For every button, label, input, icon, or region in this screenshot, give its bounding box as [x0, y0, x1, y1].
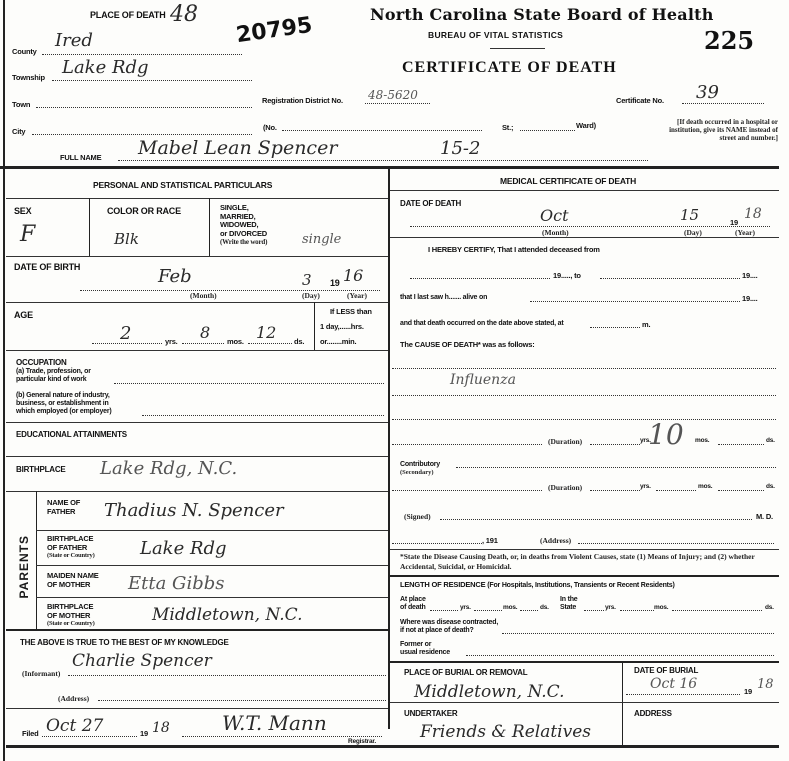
filed-year[interactable]: 18: [152, 720, 170, 736]
at-place-mos-line: [474, 610, 502, 611]
race-value[interactable]: Blk: [114, 230, 139, 248]
certificate-no-line: [682, 103, 764, 104]
rule: [209, 198, 210, 256]
age-months[interactable]: 8: [200, 323, 210, 342]
informant-line: [68, 675, 386, 676]
occupation-b-label: (b) General nature of industry, business…: [16, 392, 112, 416]
rule: [89, 198, 90, 256]
burial-place-label: PLACE OF BURIAL OR REMOVAL: [404, 668, 527, 677]
rule: [390, 190, 779, 191]
occurred-m-label: m.: [642, 320, 650, 329]
certificate-no-label: Certificate No.: [616, 96, 664, 105]
dod-month[interactable]: Oct: [540, 206, 569, 225]
duration-mos-2: mos.: [698, 483, 712, 490]
ward-label: Ward): [576, 121, 596, 130]
duration-ds-1: ds.: [766, 437, 775, 444]
undertaker-label: UNDERTAKER: [404, 709, 457, 718]
informant-label: (Informant): [22, 669, 60, 678]
former-residence-label: Former or usual residence: [400, 641, 450, 657]
in-state-ds: ds.: [765, 604, 774, 611]
father-name-label: NAME OF FATHER: [47, 499, 80, 516]
last-saw-year: 19....: [742, 294, 758, 303]
attended-from-to: 19....., to: [553, 271, 581, 280]
rule: [36, 597, 388, 598]
attended-to-year: 19....: [742, 271, 758, 280]
secondary-label: (Secondary): [400, 469, 434, 476]
registration-district-value[interactable]: 48-5620: [368, 88, 418, 102]
burial-place-value[interactable]: Middletown, N.C.: [414, 682, 564, 702]
former-residence-line: [466, 655, 774, 656]
dob-month-hint: (Month): [190, 291, 217, 300]
registrar-value[interactable]: W.T. Mann: [222, 711, 327, 735]
residence-label: LENGTH OF RESIDENCE (For Hospitals, Inst…: [400, 580, 675, 589]
rule: [314, 302, 315, 350]
township-label: Township: [12, 73, 45, 82]
rule: [390, 237, 779, 238]
mother-birthplace-value[interactable]: Middletown, N.C.: [152, 605, 302, 625]
rule: [6, 456, 388, 457]
dod-year-prefix: 19: [730, 218, 738, 227]
attended-to-line: [600, 278, 740, 279]
dob-year-prefix: 19: [330, 278, 340, 288]
duration-ds-line-2: [718, 490, 764, 491]
dob-year[interactable]: 16: [343, 266, 363, 285]
mother-name-value[interactable]: Etta Gibbs: [128, 573, 224, 594]
at-place-ds: ds.: [540, 604, 549, 611]
filed-year-prefix: 19: [140, 729, 148, 738]
at-place-ds-line: [520, 610, 538, 611]
registrar-line: [182, 736, 382, 737]
rule: [6, 302, 388, 303]
duration-value[interactable]: 10: [648, 418, 684, 451]
stamp-number: 20795: [235, 13, 314, 48]
occupation-a-label: (a) Trade, profession, or particular kin…: [16, 368, 91, 384]
contributory-line: [456, 467, 776, 468]
signed-label: (Signed): [404, 512, 431, 521]
at-place-mos: mos.: [503, 604, 517, 611]
burial-date-label: DATE OF BURIAL: [634, 666, 698, 675]
signed-date-line: [392, 543, 482, 544]
mother-name-label: MAIDEN NAME OF MOTHER: [47, 572, 99, 589]
marital-label: SINGLE, MARRIED, WIDOWED, or DIVORCED (W…: [220, 204, 267, 247]
rule: [6, 256, 388, 257]
in-state-yrs: yrs.: [605, 604, 616, 611]
dob-line: [80, 290, 380, 291]
undertaker-value[interactable]: Friends & Relatives: [420, 722, 591, 742]
footnote: *State the Disease Causing Death, or, in…: [400, 552, 775, 571]
age-ds-label: ds.: [294, 337, 304, 346]
md-label: M. D.: [756, 512, 773, 521]
father-birthplace-value[interactable]: Lake Rdg: [140, 538, 227, 559]
day-hrs-label: 1 day,......hrs.: [320, 322, 364, 331]
last-saw-line: [530, 301, 740, 302]
contracted-label: Where was disease contracted, if not at …: [400, 619, 498, 635]
rule: [6, 708, 388, 709]
county-value[interactable]: Ired: [55, 30, 93, 51]
dob-day[interactable]: 3: [302, 271, 312, 289]
dob-year-hint: (Year): [347, 291, 367, 300]
hospital-note: [If death occurred in a hospital or inst…: [660, 118, 778, 142]
race-label: COLOR OR RACE: [107, 206, 181, 216]
age-yrs-label: yrs.: [165, 337, 178, 346]
signed-year: , 191: [482, 536, 498, 545]
sex-value[interactable]: F: [20, 222, 35, 247]
rule: [6, 422, 388, 423]
in-state-label: In the State: [560, 596, 577, 612]
rule: [36, 530, 388, 531]
duration-yrs-line-1: [590, 444, 640, 445]
duration-label-1: (Duration): [548, 437, 582, 446]
page-number: 225: [704, 26, 754, 55]
duration-mos-line-2: [656, 490, 696, 491]
occupation-b-line: [142, 415, 384, 416]
burial-date-value[interactable]: Oct 16: [650, 676, 697, 692]
street-st-label: St.;: [502, 123, 513, 132]
rule: [622, 661, 623, 745]
burial-date-line: [626, 694, 740, 695]
dod-day[interactable]: 15: [680, 206, 699, 224]
duration-yrs-2: yrs.: [640, 483, 651, 490]
duration-yrs-line-2: [590, 490, 640, 491]
age-years[interactable]: 2: [120, 323, 131, 344]
age-months-line: [182, 343, 224, 344]
in-state-ds-line: [672, 610, 762, 611]
board-title: North Carolina State Board of Health: [370, 5, 714, 24]
registration-district-line: [365, 103, 430, 104]
duration-ds-2: ds.: [766, 483, 775, 490]
place-of-death-mark: 48: [170, 2, 198, 27]
cause-label: The CAUSE OF DEATH* was as follows:: [400, 340, 535, 349]
certificate-no-value[interactable]: 39: [696, 82, 719, 103]
dod-year-hint: (Year): [735, 228, 755, 237]
informant-address-label: (Address): [58, 694, 89, 703]
informant-address-line: [98, 700, 386, 701]
parents-label: PARENTS: [17, 535, 31, 598]
undertaker-address-label: ADDRESS: [634, 709, 672, 718]
registration-district-label: Registration District No.: [262, 96, 343, 105]
age-days[interactable]: 12: [256, 323, 276, 342]
occurred-line: [590, 327, 640, 328]
birthplace-value[interactable]: Lake Rdg, N.C.: [100, 458, 237, 479]
rule: [390, 702, 779, 703]
rule: [6, 629, 388, 631]
dod-label: DATE OF DEATH: [400, 199, 461, 208]
registrar-label: Registrar.: [348, 738, 376, 745]
occurred-text: and that death occurred on the date abov…: [400, 320, 563, 327]
dod-month-hint: (Month): [542, 228, 569, 237]
less-than-label: If LESS than: [330, 307, 372, 316]
in-state-mos: mos.: [654, 604, 668, 611]
rule: [36, 565, 388, 566]
rule: [6, 350, 388, 351]
contracted-line: [502, 633, 774, 634]
attended-from-line: [410, 278, 550, 279]
ward-line: [520, 130, 575, 131]
age-days-line: [248, 343, 292, 344]
signed-line: [440, 519, 752, 520]
dod-line: [410, 226, 770, 227]
rule: [36, 491, 37, 629]
town-line: [36, 107, 252, 108]
duration-line-1: [392, 444, 542, 445]
dob-label: DATE OF BIRTH: [14, 262, 80, 272]
occupation-label: OCCUPATION: [16, 358, 67, 367]
or-min-label: or........min.: [320, 337, 356, 346]
duration-label-2: (Duration): [548, 483, 582, 492]
dod-day-hint: (Day): [684, 228, 702, 237]
bottom-rule: [6, 745, 779, 748]
duration-mos-1: mos.: [695, 437, 709, 444]
place-of-death-label: PLACE OF DEATH: [90, 10, 166, 20]
city-label: City: [12, 127, 25, 136]
cause-line-2: [392, 395, 776, 396]
birthplace-label: BIRTHPLACE: [16, 465, 66, 474]
full-name-label: FULL NAME: [60, 153, 101, 162]
certify-text: I HEREBY CERTIFY, That I attended deceas…: [428, 245, 600, 254]
last-saw-text: that I last saw h....... alive on: [400, 294, 487, 301]
dob-month[interactable]: Feb: [158, 266, 192, 287]
at-place-yrs: yrs.: [460, 604, 471, 611]
rule: [390, 575, 779, 577]
full-name-mark: 15-2: [440, 138, 480, 159]
informant-value[interactable]: Charlie Spencer: [72, 651, 212, 671]
education-label: EDUCATIONAL ATTAINMENTS: [16, 430, 127, 439]
sex-label: SEX: [14, 206, 31, 216]
cause-value[interactable]: Influenza: [450, 372, 516, 388]
at-place-yrs-line: [430, 610, 458, 611]
burial-year[interactable]: 18: [757, 677, 774, 692]
medical-section-title: MEDICAL CERTIFICATE OF DEATH: [500, 176, 636, 186]
cause-line-3: [392, 419, 776, 420]
street-no-label: (No.: [263, 123, 277, 132]
age-label: AGE: [14, 310, 33, 320]
marital-value[interactable]: single: [302, 232, 341, 247]
father-birthplace-label: BIRTHPLACE OF FATHER (State or Country): [47, 535, 95, 561]
county-label: County: [12, 47, 37, 56]
dod-year[interactable]: 18: [744, 206, 762, 222]
contributory-label: Contributory: [400, 461, 440, 468]
rule: [6, 198, 388, 199]
town-label: Town: [12, 100, 30, 109]
cause-line-1: [392, 368, 776, 369]
dob-day-hint: (Day): [302, 291, 320, 300]
left-border: [3, 0, 5, 761]
duration-ds-line-1: [718, 444, 764, 445]
header-rule: [490, 48, 545, 49]
township-value[interactable]: Lake Rdg: [62, 57, 149, 78]
duration-line-2: [392, 490, 542, 491]
mother-birthplace-label: BIRTHPLACE OF MOTHER (State or Country): [47, 603, 95, 629]
certificate-title: CERTIFICATE OF DEATH: [402, 59, 617, 77]
personal-section-title: PERSONAL AND STATISTICAL PARTICULARS: [93, 180, 272, 190]
burial-year-prefix: 19: [744, 687, 752, 696]
county-line: [42, 54, 242, 55]
bureau-label: BUREAU OF VITAL STATISTICS: [428, 30, 563, 40]
street-line: [282, 130, 482, 131]
rule: [390, 549, 779, 550]
age-mos-label: mos.: [227, 337, 244, 346]
father-name-value[interactable]: Thadius N. Spencer: [104, 500, 284, 521]
occupation-a-line: [114, 383, 384, 384]
filed-label: Filed: [22, 729, 39, 738]
in-state-mos-line: [620, 610, 654, 611]
full-name-value[interactable]: Mabel Lean Spencer: [138, 137, 337, 159]
signed-address-label: (Address): [540, 536, 571, 545]
full-name-line: [118, 160, 648, 161]
rule: [390, 661, 779, 663]
column-divider: [388, 169, 390, 729]
filed-line: [42, 736, 137, 737]
signed-address-line: [578, 543, 774, 544]
at-place-label: At place of death: [400, 596, 426, 612]
township-line: [52, 80, 252, 81]
city-line: [32, 134, 252, 135]
rule: [6, 491, 388, 492]
filed-value[interactable]: Oct 27: [46, 716, 103, 736]
true-statement: THE ABOVE IS TRUE TO THE BEST OF MY KNOW…: [20, 638, 229, 647]
in-state-yrs-line: [584, 610, 604, 611]
